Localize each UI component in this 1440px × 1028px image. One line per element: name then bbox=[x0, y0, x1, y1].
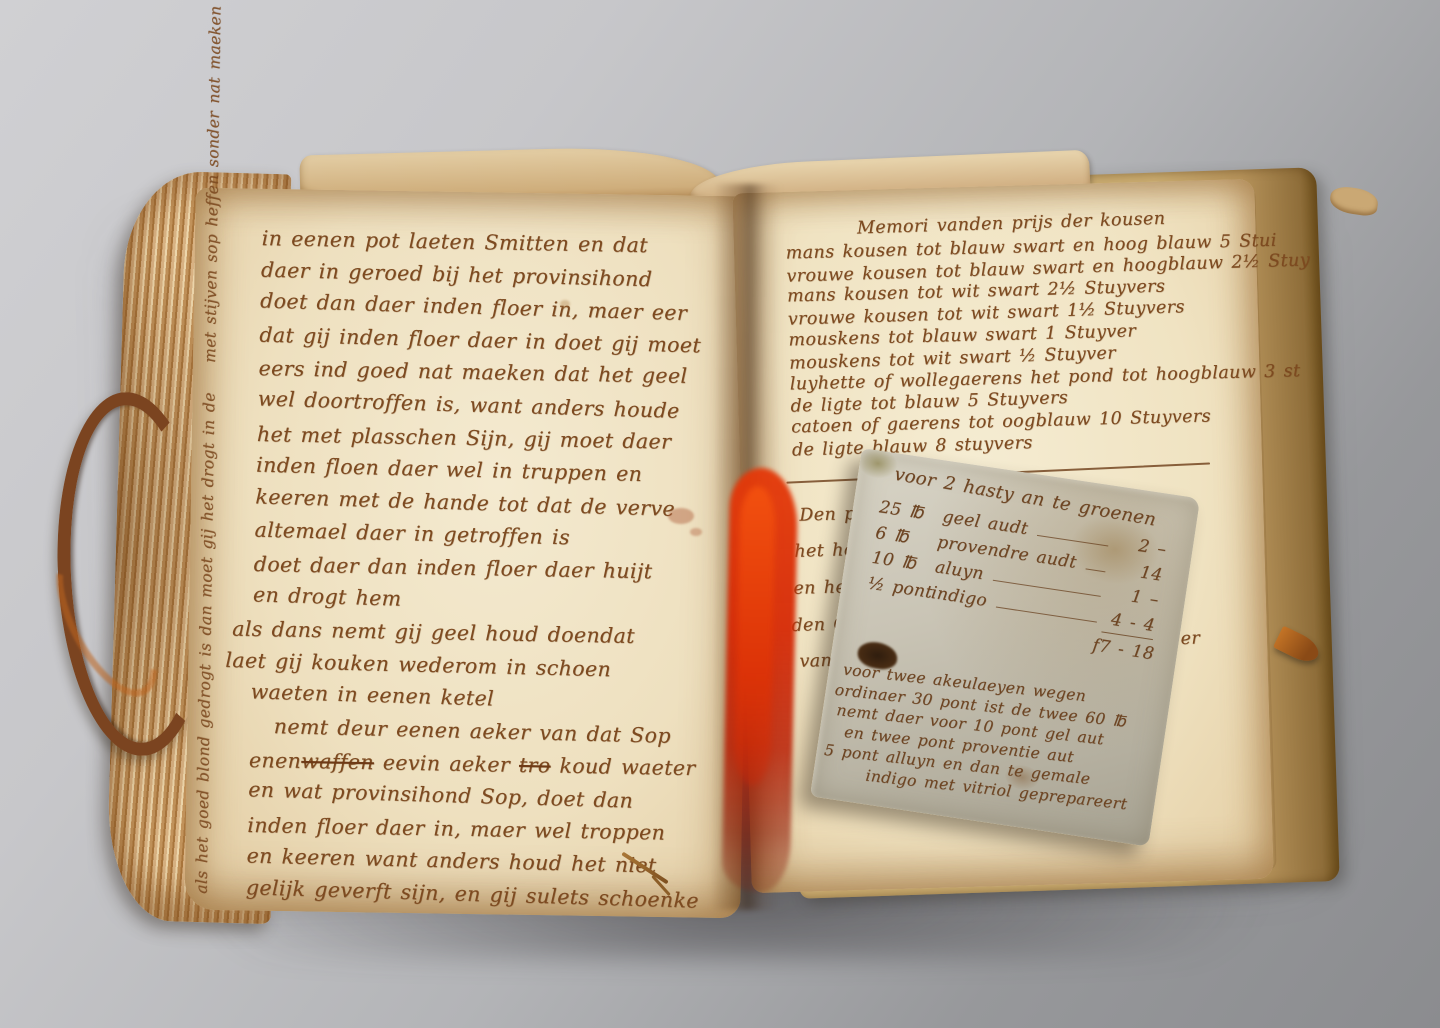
manuscript-segment: enen bbox=[249, 747, 302, 772]
struck-word: waffen bbox=[301, 748, 374, 773]
partial-line: Den p bbox=[799, 504, 856, 526]
ledger-dash-leader bbox=[1037, 535, 1108, 547]
stain-spot bbox=[668, 508, 694, 524]
note-paragraph: voor twee akeulaeyen wegen ordinaer 30 p… bbox=[831, 660, 1143, 815]
left-page: als het goed blond gedrogt is dan moet g… bbox=[184, 188, 751, 919]
photo-background: als het goed blond gedrogt is dan moet g… bbox=[0, 0, 1440, 1028]
spacer bbox=[863, 616, 926, 625]
left-margin-vertical-text: als het goed blond gedrogt is dan moet g… bbox=[189, 204, 258, 895]
stain-spot bbox=[690, 528, 702, 536]
right-page-manuscript-text: Memori vanden prijs der kousen mans kous… bbox=[785, 206, 1252, 462]
left-page-manuscript-text: in eenen pot laeten Smitten en dat daer … bbox=[245, 221, 732, 917]
stain-spot bbox=[560, 300, 570, 308]
spacer bbox=[936, 627, 1086, 649]
torn-page-fragment bbox=[1328, 185, 1379, 217]
margin-line: met stijven sop heffen sonder nat maeken… bbox=[201, 0, 225, 363]
loose-note-paper: voor 2 hasty an te groenen 25 ℔ geel aud… bbox=[810, 448, 1200, 847]
manuscript-segment: eevin aeker bbox=[374, 750, 519, 777]
struck-word: tro bbox=[519, 752, 551, 777]
manuscript-segment: koud waeter bbox=[550, 753, 695, 780]
margin-line: als het goed blond gedrogt is dan moet g… bbox=[193, 392, 219, 894]
ledger-dash-leader bbox=[1086, 568, 1106, 572]
red-dye-stain bbox=[722, 467, 799, 892]
